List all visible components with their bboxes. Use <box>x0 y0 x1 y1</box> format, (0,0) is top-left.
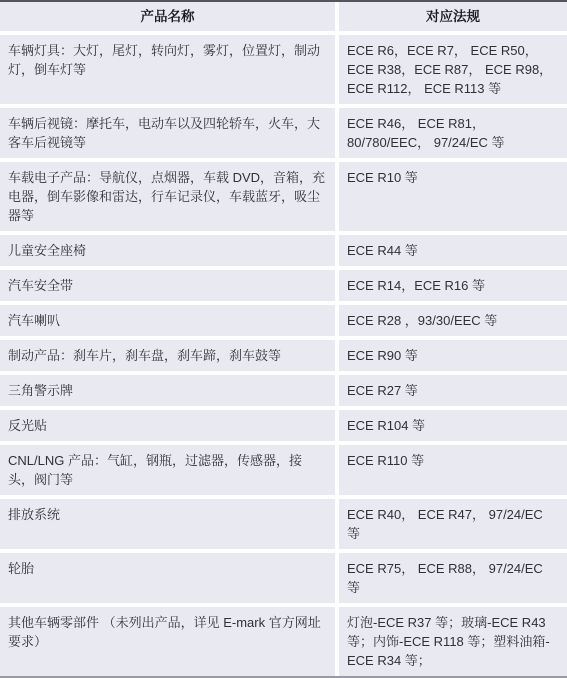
table-row: 其他车辆零部件 （未列出产品，详见 E-mark 官方网址要求） 灯泡-ECE … <box>0 607 567 676</box>
table-row: 排放系统 ECE R40， ECE R47， 97/24/EC 等 <box>0 499 567 549</box>
product-cell: 汽车安全带 <box>0 270 335 301</box>
regulation-cell: ECE R28 ，93/30/EEC 等 <box>339 305 567 336</box>
table-row: 车辆后视镜：摩托车，电动车以及四轮轿车，火车，大客车后视镜等 ECE R46， … <box>0 108 567 158</box>
table-row: 三角警示牌 ECE R27 等 <box>0 375 567 406</box>
product-cell: 制动产品：刹车片，刹车盘，刹车蹄，刹车鼓等 <box>0 340 335 371</box>
table-row: 儿童安全座椅 ECE R44 等 <box>0 235 567 266</box>
regulation-cell: ECE R46， ECE R81， 80/780/EEC， 97/24/EC 等 <box>339 108 567 158</box>
product-cell: 反光贴 <box>0 410 335 441</box>
product-cell: CNL/LNG 产品：气缸，钢瓶，过滤器，传感器，接头，阀门等 <box>0 445 335 495</box>
regulation-cell: 灯泡-ECE R37 等；玻璃-ECE R43 等；内饰-ECE R118 等；… <box>339 607 567 676</box>
table-header-row: 产品名称 对应法规 <box>0 2 567 31</box>
product-cell: 其他车辆零部件 （未列出产品，详见 E-mark 官方网址要求） <box>0 607 335 676</box>
product-cell: 车载电子产品：导航仪，点烟器，车载 DVD，音箱，充电器，倒车影像和雷达，行车记… <box>0 162 335 231</box>
product-cell: 车辆灯具：大灯，尾灯，转向灯，雾灯，位置灯，制动灯，倒车灯等 <box>0 35 335 104</box>
table-row: 汽车安全带 ECE R14，ECE R16 等 <box>0 270 567 301</box>
product-cell: 车辆后视镜：摩托车，电动车以及四轮轿车，火车，大客车后视镜等 <box>0 108 335 158</box>
product-cell: 汽车喇叭 <box>0 305 335 336</box>
regulation-cell: ECE R104 等 <box>339 410 567 441</box>
regulation-cell: ECE R110 等 <box>339 445 567 495</box>
regulation-cell: ECE R75， ECE R88， 97/24/EC 等 <box>339 553 567 603</box>
table-row: 汽车喇叭 ECE R28 ，93/30/EEC 等 <box>0 305 567 336</box>
products-regulations-table: 产品名称 对应法规 车辆灯具：大灯，尾灯，转向灯，雾灯，位置灯，制动灯，倒车灯等… <box>0 0 567 678</box>
column-header-regulation: 对应法规 <box>339 2 567 31</box>
product-cell: 轮胎 <box>0 553 335 603</box>
table-row: 车载电子产品：导航仪，点烟器，车载 DVD，音箱，充电器，倒车影像和雷达，行车记… <box>0 162 567 231</box>
table-row: 车辆灯具：大灯，尾灯，转向灯，雾灯，位置灯，制动灯，倒车灯等 ECE R6，EC… <box>0 35 567 104</box>
product-cell: 儿童安全座椅 <box>0 235 335 266</box>
product-cell: 排放系统 <box>0 499 335 549</box>
regulation-cell: ECE R6，ECE R7， ECE R50，ECE R38，ECE R87， … <box>339 35 567 104</box>
regulation-cell: ECE R14，ECE R16 等 <box>339 270 567 301</box>
table-row: 制动产品：刹车片，刹车盘，刹车蹄，刹车鼓等 ECE R90 等 <box>0 340 567 371</box>
column-header-product: 产品名称 <box>0 2 335 31</box>
regulation-cell: ECE R10 等 <box>339 162 567 231</box>
regulation-cell: ECE R27 等 <box>339 375 567 406</box>
table-row: CNL/LNG 产品：气缸，钢瓶，过滤器，传感器，接头，阀门等 ECE R110… <box>0 445 567 495</box>
regulation-cell: ECE R90 等 <box>339 340 567 371</box>
table-row: 轮胎 ECE R75， ECE R88， 97/24/EC 等 <box>0 553 567 603</box>
product-cell: 三角警示牌 <box>0 375 335 406</box>
regulation-cell: ECE R44 等 <box>339 235 567 266</box>
regulation-cell: ECE R40， ECE R47， 97/24/EC 等 <box>339 499 567 549</box>
table-row: 反光贴 ECE R104 等 <box>0 410 567 441</box>
